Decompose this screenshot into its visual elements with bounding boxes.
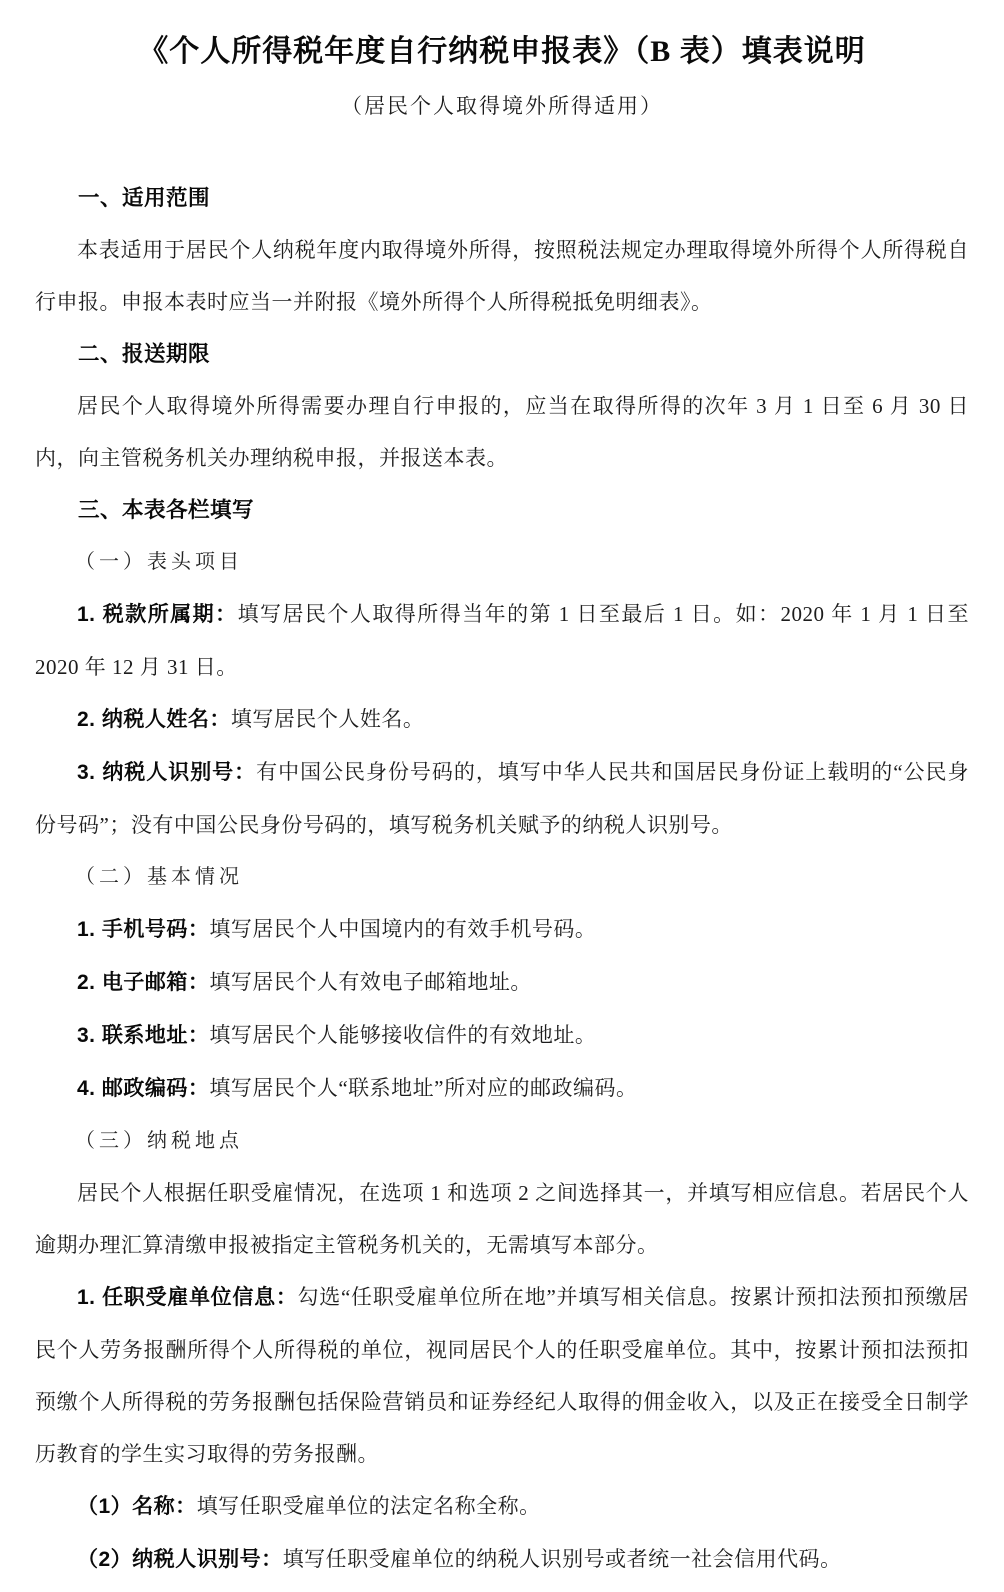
item-mobile: 1. 手机号码：填写居民个人中国境内的有效手机号码。 — [35, 903, 969, 956]
item-employer-info-text: 勾选“任职受雇单位所在地”并填写相关信息。按累计预扣法预扣预缴居民个人劳务报酬所… — [35, 1285, 969, 1466]
paragraph-tax-location: 居民个人根据任职受雇情况，在选项 1 和选项 2 之间选择其一，并填写相应信息。… — [35, 1167, 969, 1271]
item-employer-name: （1）名称：填写任职受雇单位的法定名称全称。 — [35, 1480, 969, 1533]
item-taxpayer-name-label: 2. 纳税人姓名： — [77, 708, 231, 731]
item-taxpayer-id: 3. 纳税人识别号：有中国公民身份号码的，填写中华人民共和国居民身份证上载明的“… — [35, 746, 969, 851]
item-contact-address-text: 填写居民个人能够接收信件的有效地址。 — [209, 1023, 596, 1047]
item-employer-taxpayer-id-label: （2）纳税人识别号： — [77, 1548, 283, 1571]
item-contact-address: 3. 联系地址：填写居民个人能够接收信件的有效地址。 — [35, 1009, 969, 1062]
item-employer-taxpayer-id-text: 填写任职受雇单位的纳税人识别号或者统一社会信用代码。 — [283, 1547, 842, 1571]
item-email-label: 2. 电子邮箱： — [77, 971, 209, 994]
paragraph-deadline: 居民个人取得境外所得需要办理自行申报的，应当在取得所得的次年 3 月 1 日至 … — [35, 380, 969, 484]
item-employer-info-label: 1. 任职受雇单位信息： — [77, 1286, 298, 1309]
item-taxpayer-id-label: 3. 纳税人识别号： — [77, 761, 256, 784]
page-subtitle: （居民个人取得境外所得适用） — [35, 80, 969, 132]
item-employer-taxpayer-id: （2）纳税人识别号：填写任职受雇单位的纳税人识别号或者统一社会信用代码。 — [35, 1533, 969, 1586]
item-tax-period-label: 1. 税款所属期： — [77, 603, 238, 626]
item-employer-name-text: 填写任职受雇单位的法定名称全称。 — [197, 1494, 541, 1518]
subsection-heading-header-items: （一）表头项目 — [35, 536, 969, 588]
document-page: 《个人所得税年度自行纳税申报表》（B 表）填表说明 （居民个人取得境外所得适用）… — [0, 0, 1004, 1586]
item-postal-code: 4. 邮政编码：填写居民个人“联系地址”所对应的邮政编码。 — [35, 1062, 969, 1115]
subsection-heading-tax-location: （三）纳税地点 — [35, 1115, 969, 1167]
paragraph-scope: 本表适用于居民个人纳税年度内取得境外所得，按照税法规定办理取得境外所得个人所得税… — [35, 224, 969, 328]
item-mobile-label: 1. 手机号码： — [77, 918, 209, 941]
item-employer-name-label: （1）名称： — [77, 1495, 197, 1518]
page-title: 《个人所得税年度自行纳税申报表》（B 表）填表说明 — [35, 24, 969, 80]
section-heading-fields: 三、本表各栏填写 — [35, 484, 969, 536]
section-heading-deadline: 二、报送期限 — [35, 328, 969, 380]
item-employer-info: 1. 任职受雇单位信息：勾选“任职受雇单位所在地”并填写相关信息。按累计预扣法预… — [35, 1271, 969, 1480]
item-contact-address-label: 3. 联系地址： — [77, 1024, 209, 1047]
item-email-text: 填写居民个人有效电子邮箱地址。 — [209, 970, 532, 994]
section-heading-scope: 一、适用范围 — [35, 172, 969, 224]
item-postal-code-text: 填写居民个人“联系地址”所对应的邮政编码。 — [209, 1076, 637, 1100]
item-taxpayer-name: 2. 纳税人姓名：填写居民个人姓名。 — [35, 693, 969, 746]
item-mobile-text: 填写居民个人中国境内的有效手机号码。 — [209, 917, 596, 941]
item-postal-code-label: 4. 邮政编码： — [77, 1077, 209, 1100]
item-email: 2. 电子邮箱：填写居民个人有效电子邮箱地址。 — [35, 956, 969, 1009]
item-tax-period: 1. 税款所属期：填写居民个人取得所得当年的第 1 日至最后 1 日。如：202… — [35, 588, 969, 693]
item-taxpayer-name-text: 填写居民个人姓名。 — [231, 707, 425, 731]
subsection-heading-basic-info: （二）基本情况 — [35, 851, 969, 903]
